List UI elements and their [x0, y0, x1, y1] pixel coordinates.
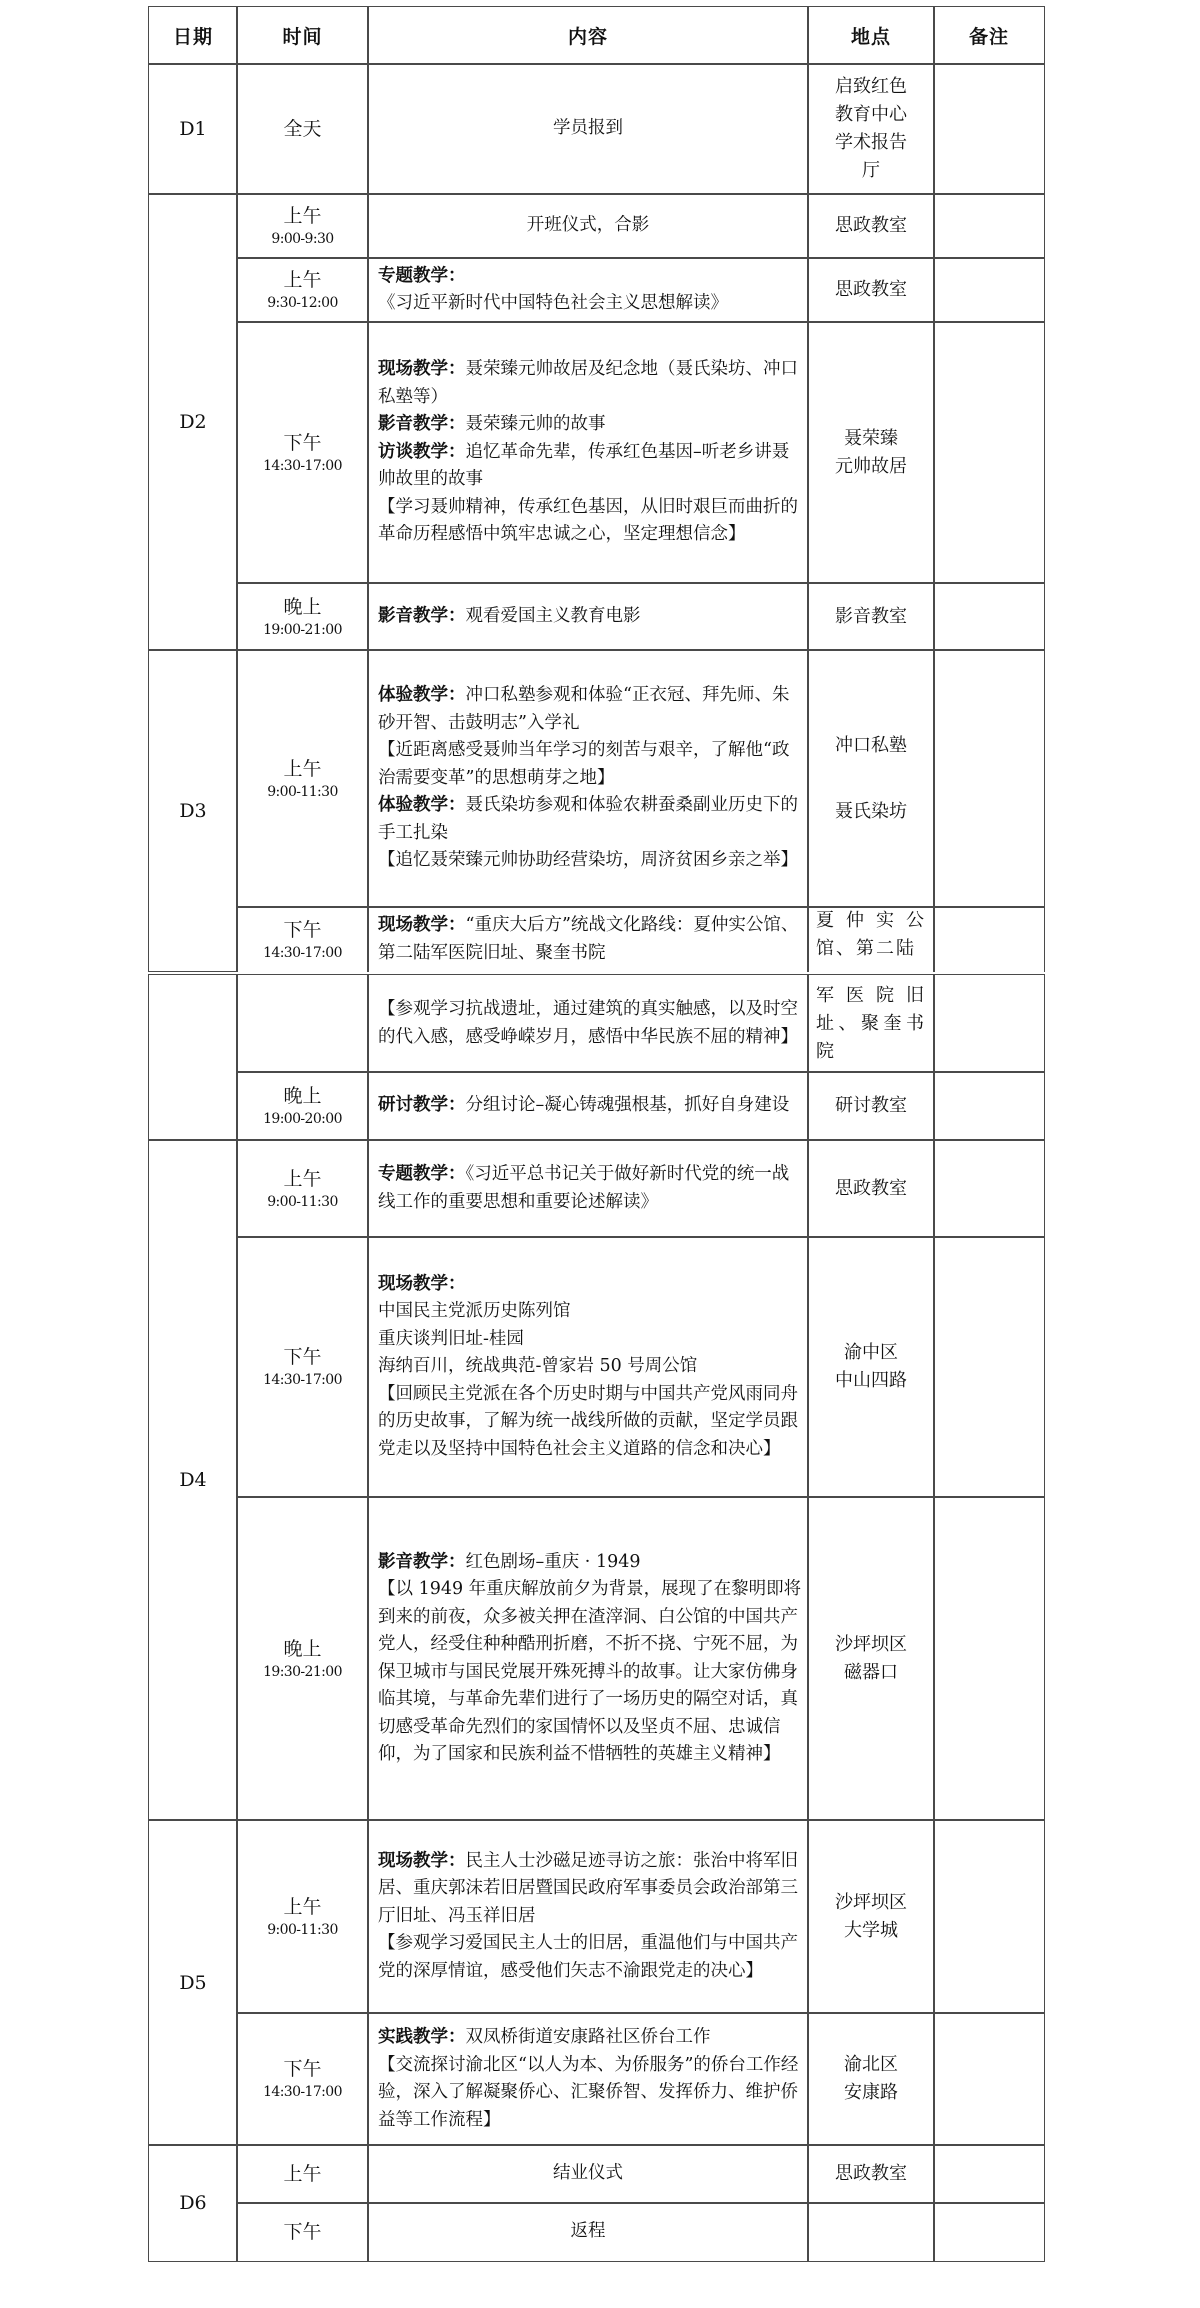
location-cell: 军医院旧址、聚奎书院: [807, 974, 935, 1073]
day-cell-d6: D6: [148, 2144, 238, 2262]
notes-cell: [933, 2012, 1045, 2146]
time-range: 9:00-9:30: [271, 229, 333, 249]
time-cell: 晚上 19:30-21:00: [236, 1496, 369, 1821]
period-label: 下午: [283, 2056, 321, 2082]
day-cell-d3: D3: [148, 649, 238, 972]
content-cell: 实践教学：双凤桥街道安康路社区侨台工作 【交流探讨渝北区“以人为本、为侨服务”的…: [367, 2012, 809, 2146]
location-cell: 渝中区 中山四路: [807, 1236, 935, 1498]
day-label: D3: [179, 800, 206, 822]
content-line: 影音教学：红色剧场–重庆 · 1949: [378, 1549, 640, 1577]
time-cell: 下午 14:30-17:00: [236, 906, 369, 972]
location-cell: 影音教室: [807, 582, 935, 651]
time-range: 9:30-12:00: [267, 293, 338, 313]
location-line: 教育中心: [835, 101, 907, 129]
content-line: 【参观学习爱国民主人士的旧居，重温他们与中国共产党的深厚情谊，感受他们矢志不渝跟…: [378, 1930, 802, 1985]
time-cell: 下午 14:30-17:00: [236, 2012, 369, 2146]
notes-cell: [933, 63, 1045, 195]
day-cell-d3-continued: [148, 974, 238, 1141]
location-line: 影音教室: [835, 603, 907, 631]
time-range: 14:30-17:00: [263, 943, 342, 963]
header-time: 时间: [236, 6, 369, 65]
time-cell: 上午 9:00-9:30: [236, 193, 369, 259]
content-cell: 专题教学：《习近平新时代中国特色社会主义思想解读》: [367, 257, 809, 323]
location-cell: 沙坪坝区 磁器口: [807, 1496, 935, 1821]
time-range: 19:00-20:00: [263, 1109, 342, 1129]
location-line: 思政教室: [835, 212, 907, 240]
time-cell: 上午 9:00-11:30: [236, 649, 369, 908]
time-range: 19:30-21:00: [263, 1662, 342, 1682]
header-date: 日期: [148, 6, 238, 65]
day-label: D6: [179, 2192, 206, 2214]
notes-cell: [933, 1236, 1045, 1498]
notes-cell: [933, 193, 1045, 259]
location-cell: [807, 2202, 935, 2262]
header-content: 内容: [367, 6, 809, 65]
time-range: 9:00-11:30: [267, 782, 338, 802]
location-cell: 思政教室: [807, 193, 935, 259]
time-range: 19:00-21:00: [263, 620, 342, 640]
time-cell: 下午: [236, 2202, 369, 2262]
day-cell-d4: D4: [148, 1139, 238, 1821]
notes-cell: [933, 2144, 1045, 2204]
time-cell: 全天: [236, 63, 369, 195]
location-cell: 研讨教室: [807, 1071, 935, 1141]
location-line: 安康路: [844, 2079, 898, 2107]
notes-cell: [933, 2202, 1045, 2262]
period-label: 下午: [283, 917, 321, 943]
content-line: 现场教学：: [378, 1271, 466, 1299]
notes-cell: [933, 1496, 1045, 1821]
location-cell: 思政教室: [807, 1139, 935, 1238]
header-location: 地点: [807, 6, 935, 65]
content-cell: 体验教学：冲口私塾参观和体验“正衣冠、拜先师、朱砂开智、击鼓明志”入学礼 【近距…: [367, 649, 809, 908]
location-line: 思政教室: [835, 276, 907, 304]
content-cell: 研讨教学：分组讨论–凝心铸魂强根基，抓好自身建设: [367, 1071, 809, 1141]
content-cell: 影音教学：红色剧场–重庆 · 1949 【以 1949 年重庆解放前夕为背景，展…: [367, 1496, 809, 1821]
location-line: 渝北区: [844, 2051, 898, 2079]
content-cell: 专题教学：《习近平总书记关于做好新时代党的统一战线工作的重要思想和重要论述解读》: [367, 1139, 809, 1238]
location-cell: 思政教室: [807, 257, 935, 323]
notes-cell: [933, 321, 1045, 584]
header-content-label: 内容: [568, 22, 608, 49]
period-label: 下午: [283, 2219, 321, 2245]
location-line: 冲口私塾: [835, 732, 907, 760]
header-date-label: 日期: [173, 22, 213, 49]
location-line: 研讨教室: [835, 1092, 907, 1120]
location-line: 元帅故居: [835, 453, 907, 481]
content-line: 【参观学习抗战遗址，通过建筑的真实触感，以及时空的代入感，感受峥嵘岁月，感悟中华…: [378, 996, 802, 1051]
content-cell: 【参观学习抗战遗址，通过建筑的真实触感，以及时空的代入感，感受峥嵘岁月，感悟中华…: [367, 974, 809, 1073]
location-line: 军医院旧址、聚奎书院: [816, 982, 926, 1066]
day-label: D5: [179, 1972, 206, 1994]
notes-cell: [933, 257, 1045, 323]
period-label: 上午: [283, 267, 321, 293]
day-cell-d5: D5: [148, 1819, 238, 2146]
content-line: 结业仪式: [553, 2160, 623, 2188]
content-line: 开班仪式，合影: [527, 212, 650, 240]
day-label: D4: [179, 1469, 206, 1491]
content-line: 现场教学：民主人士沙磁足迹寻访之旅：张治中将军旧居、重庆郭沫若旧居暨国民政府军事…: [378, 1848, 802, 1931]
content-line: 专题教学：《习近平总书记关于做好新时代党的统一战线工作的重要思想和重要论述解读》: [378, 1161, 802, 1216]
location-line: 沙坪坝区: [835, 1631, 907, 1659]
content-line: 实践教学：双凤桥街道安康路社区侨台工作: [378, 2024, 711, 2052]
location-cell: 渝北区 安康路: [807, 2012, 935, 2146]
notes-cell: [933, 906, 1045, 972]
period-label: 全天: [283, 116, 321, 142]
period-label: 上午: [283, 756, 321, 782]
notes-cell: [933, 649, 1045, 908]
period-label: 上午: [283, 2161, 321, 2187]
time-cell: 上午 9:00-11:30: [236, 1139, 369, 1238]
content-line: 【回顾民主党派在各个历史时期与中国共产党风雨同舟的历史故事，了解为统一战线所做的…: [378, 1381, 802, 1464]
content-cell: 现场教学：聂荣臻元帅故居及纪念地（聂氏染坊、冲口私塾等） 影音教学：聂荣臻元帅的…: [367, 321, 809, 584]
location-line: 启致红色: [835, 73, 907, 101]
content-line: 【学习聂帅精神，传承红色基因，从旧时艰巨而曲折的革命历程感悟中筑牢忠诚之心，坚定…: [378, 494, 802, 549]
time-cell: 晚上 19:00-20:00: [236, 1071, 369, 1141]
time-cell: 上午 9:30-12:00: [236, 257, 369, 323]
content-line: 访谈教学：追忆革命先辈，传承红色基因–听老乡讲聂帅故里的故事: [378, 439, 802, 494]
time-range: 14:30-17:00: [263, 2082, 342, 2102]
content-line: 【追忆聂荣臻元帅协助经营染坊，周济贫困乡亲之举】: [378, 847, 798, 875]
header-notes: 备注: [933, 6, 1045, 65]
content-line: 重庆谈判旧址-桂园: [378, 1326, 524, 1354]
location-cell: 冲口私塾 聂氏染坊: [807, 649, 935, 908]
content-cell: 返程: [367, 2202, 809, 2262]
time-cell: 上午: [236, 2144, 369, 2204]
notes-cell: [933, 1071, 1045, 1141]
day-cell-d1: D1: [148, 63, 238, 195]
location-line: 聂氏染坊: [835, 798, 907, 826]
location-cell: 思政教室: [807, 2144, 935, 2204]
content-line: 影音教学：聂荣臻元帅的故事: [378, 411, 606, 439]
day-label: D1: [179, 118, 206, 140]
location-line: 磁器口: [844, 1659, 898, 1687]
header-time-label: 时间: [282, 22, 322, 49]
content-line: 专题教学：《习近平新时代中国特色社会主义思想解读》: [378, 263, 802, 318]
location-line: 学术报告: [835, 129, 907, 157]
content-line: 影音教学：观看爱国主义教育电影: [378, 603, 641, 631]
content-line: 【以 1949 年重庆解放前夕为背景，展现了在黎明即将到来的前夜，众多被关押在渣…: [378, 1576, 802, 1769]
content-line: 海纳百川，统战典范-曾家岩 50 号周公馆: [378, 1353, 697, 1381]
header-location-label: 地点: [851, 22, 891, 49]
notes-cell: [933, 1819, 1045, 2014]
content-line: 学员报到: [553, 115, 623, 143]
period-label: 晚上: [283, 1636, 321, 1662]
time-cell: 晚上 19:00-21:00: [236, 582, 369, 651]
content-line: 体验教学：聂氏染坊参观和体验农耕蚕桑副业历史下的手工扎染: [378, 792, 802, 847]
content-cell: 开班仪式，合影: [367, 193, 809, 259]
content-cell: 现场教学： 中国民主党派历史陈列馆 重庆谈判旧址-桂园 海纳百川，统战典范-曾家…: [367, 1236, 809, 1498]
content-line: 现场教学：聂荣臻元帅故居及纪念地（聂氏染坊、冲口私塾等）: [378, 356, 802, 411]
header-notes-label: 备注: [969, 22, 1009, 49]
location-line: 思政教室: [835, 2160, 907, 2188]
day-cell-d2: D2: [148, 193, 238, 651]
time-range: 9:00-11:30: [267, 1192, 338, 1212]
location-line: 聂荣臻: [844, 425, 898, 453]
content-line: 研讨教学：分组讨论–凝心铸魂强根基，抓好自身建设: [378, 1092, 789, 1120]
period-label: 上午: [283, 1166, 321, 1192]
location-cell: 沙坪坝区 大学城: [807, 1819, 935, 2014]
period-label: 上午: [283, 203, 321, 229]
location-cell: 夏仲实公馆、第二陆: [807, 906, 935, 972]
notes-cell: [933, 974, 1045, 1073]
time-range: 14:30-17:00: [263, 456, 342, 476]
notes-cell: [933, 1139, 1045, 1238]
period-label: 下午: [283, 430, 321, 456]
time-cell: 下午 14:30-17:00: [236, 321, 369, 584]
content-cell: 现场教学：民主人士沙磁足迹寻访之旅：张治中将军旧居、重庆郭沫若旧居暨国民政府军事…: [367, 1819, 809, 2014]
location-line: 厅: [862, 157, 880, 185]
notes-cell: [933, 582, 1045, 651]
location-line: 渝中区: [844, 1339, 898, 1367]
period-label: 上午: [283, 1894, 321, 1920]
content-cell: 影音教学：观看爱国主义教育电影: [367, 582, 809, 651]
location-line: 大学城: [844, 1917, 898, 1945]
content-line: 返程: [571, 2218, 606, 2246]
period-label: 下午: [283, 1344, 321, 1370]
content-line: 体验教学：冲口私塾参观和体验“正衣冠、拜先师、朱砂开智、击鼓明志”入学礼: [378, 682, 802, 737]
content-cell: 学员报到: [367, 63, 809, 195]
period-label: 晚上: [283, 594, 321, 620]
content-line: 【交流探讨渝北区“以人为本、为侨服务”的侨台工作经验，深入了解凝聚侨心、汇聚侨智…: [378, 2052, 802, 2135]
time-range: 9:00-11:30: [267, 1920, 338, 1940]
location-line: 夏仲实公馆、第二陆: [816, 907, 926, 963]
content-line: 现场教学：“重庆大后方”统战文化路线：夏仲实公馆、第二陆军医院旧址、聚奎书院: [378, 912, 802, 967]
content-line: 中国民主党派历史陈列馆: [378, 1298, 571, 1326]
content-cell: 结业仪式: [367, 2144, 809, 2204]
day-label: D2: [179, 411, 206, 433]
time-range: 14:30-17:00: [263, 1370, 342, 1390]
time-cell: 上午 9:00-11:30: [236, 1819, 369, 2014]
location-line: 中山四路: [835, 1367, 907, 1395]
location-line: 思政教室: [835, 1175, 907, 1203]
time-cell: 下午 14:30-17:00: [236, 1236, 369, 1498]
location-cell: 聂荣臻 元帅故居: [807, 321, 935, 584]
content-line: 【近距离感受聂帅当年学习的刻苦与艰辛，了解他“政治需要变革”的思想萌芽之地】: [378, 737, 802, 792]
time-cell: [236, 974, 369, 1073]
location-line: 沙坪坝区: [835, 1889, 907, 1917]
content-cell: 现场教学：“重庆大后方”统战文化路线：夏仲实公馆、第二陆军医院旧址、聚奎书院: [367, 906, 809, 972]
location-cell: 启致红色 教育中心 学术报告 厅: [807, 63, 935, 195]
period-label: 晚上: [283, 1083, 321, 1109]
